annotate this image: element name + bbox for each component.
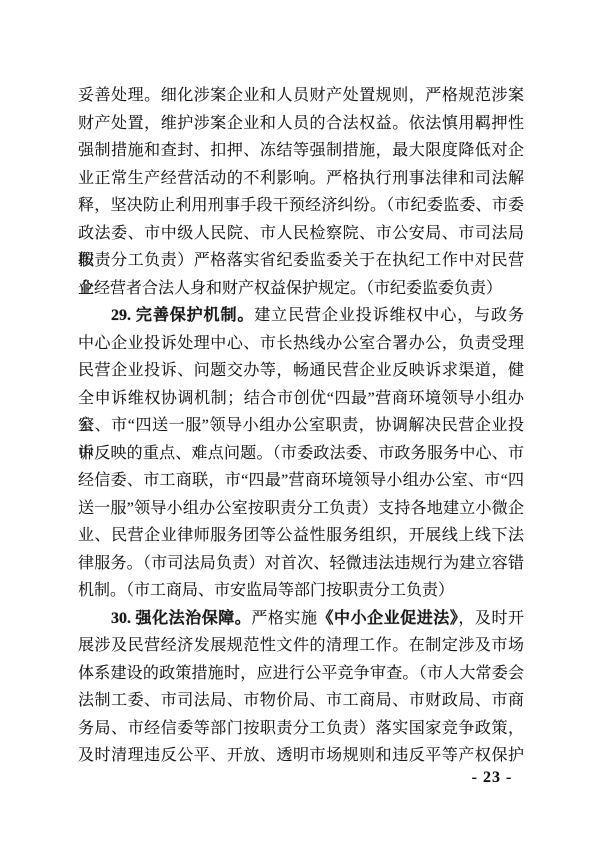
body-text: 强制措施和查封、扣押、冻结等强制措施，最大限度降低对企 <box>78 142 524 159</box>
text-line: 财产处置，维护涉案企业和人员的合法权益。依法慎用羁押性 <box>78 110 524 138</box>
body-text: 财产处置，维护涉案企业和人员的合法权益。依法慎用羁押性 <box>78 115 524 132</box>
text-line: 业、民营企业律师服务团等公益性服务组织，开展线上线下法 <box>78 522 524 550</box>
body-text: 建立民营企业投诉维权中心，与政务 <box>254 307 524 324</box>
document-body: 妥善处理。细化涉案企业和人员财产处置规则，严格规范涉案财产处置，维护涉案企业和人… <box>78 82 524 770</box>
body-text: 法制工委、市司法局、市物价局、市工商局、市财政局、市商 <box>78 692 524 709</box>
text-line: 业正常生产经营活动的不利影响。严格执行刑事法律和司法解 <box>78 165 524 193</box>
body-text: 体系建设的政策措施时，应进行公平竞争审查。（市人大常委会 <box>78 665 524 682</box>
bold-text: 29. 完善保护机制。 <box>111 307 254 324</box>
text-line: 政法委、市中级人民院、市人民检察院、市公安局、市司法局按 <box>78 220 524 248</box>
body-text: 机制。（市工商局、市安监局等部门按职责分工负责） <box>78 582 454 599</box>
bold-text: 《中小企业促进法》 <box>318 610 459 627</box>
body-text: 中心企业投诉处理中心、市长热线办公室合署办公，负责受理 <box>78 335 524 352</box>
text-line: 及时清理违反公平、开放、透明市场规则和违反平等产权保护 <box>78 742 524 770</box>
text-line: 体系建设的政策措施时，应进行公平竞争审查。（市人大常委会 <box>78 660 524 688</box>
body-text: 展涉及民营经济发展规范性文件的清理工作。在制定涉及市场 <box>78 637 524 654</box>
text-line: 中反映的重点、难点问题。（市委政法委、市政务服务中心、市 <box>78 440 524 468</box>
text-line: 中心企业投诉处理中心、市长热线办公室合署办公，负责受理 <box>78 330 524 358</box>
body-text: ，及时开 <box>458 610 524 627</box>
text-line: 民营企业投诉、问题交办等，畅通民营企业反映诉求渠道，健 <box>78 357 524 385</box>
body-text: 经信委、市工商联，市“四最”营商环境领导小组办公室、市“四 <box>78 472 524 489</box>
body-text: 业正常生产经营活动的不利影响。严格执行刑事法律和司法解 <box>78 170 524 187</box>
body-text: 业经营者合法人身和财产权益保护规定。（市纪委监委负责） <box>78 280 502 297</box>
body-text: 及时清理违反公平、开放、透明市场规则和违反平等产权保护 <box>78 747 524 764</box>
body-text: 送一服”领导小组办公室按职责分工负责）支持各地建立小微企 <box>78 500 524 517</box>
body-text: 民营企业投诉、问题交办等，畅通民营企业反映诉求渠道，健 <box>78 362 524 379</box>
page-number: - 23 - <box>462 768 522 788</box>
document-page: 妥善处理。细化涉案企业和人员财产处置规则，严格规范涉案财产处置，维护涉案企业和人… <box>0 0 600 847</box>
body-text: 严格实施 <box>251 610 317 627</box>
body-text: 妥善处理。细化涉案企业和人员财产处置规则，严格规范涉案 <box>78 87 524 104</box>
body-text: 中反映的重点、难点问题。（市委政法委、市政务服务中心、市 <box>78 445 524 462</box>
text-line: 业经营者合法人身和财产权益保护规定。（市纪委监委负责） <box>78 275 524 303</box>
text-line: 职责分工负责）严格落实省纪委监委关于在执纪工作中对民营企 <box>78 247 524 275</box>
body-text: 释，坚决防止利用刑事手段干预经济纠纷。（市纪委监委、市委 <box>78 197 524 214</box>
text-line: 29. 完善保护机制。建立民营企业投诉维权中心，与政务 <box>78 302 524 330</box>
body-text: 律服务。（市司法局负责）对首次、轻微违法违规行为建立容错 <box>78 555 524 572</box>
text-line: 律服务。（市司法局负责）对首次、轻微违法违规行为建立容错 <box>78 550 524 578</box>
text-line: 经信委、市工商联，市“四最”营商环境领导小组办公室、市“四 <box>78 467 524 495</box>
text-line: 释，坚决防止利用刑事手段干预经济纠纷。（市纪委监委、市委 <box>78 192 524 220</box>
text-line: 展涉及民营经济发展规范性文件的清理工作。在制定涉及市场 <box>78 632 524 660</box>
text-line: 强制措施和查封、扣押、冻结等强制措施，最大限度降低对企 <box>78 137 524 165</box>
text-line: 30. 强化法治保障。严格实施《中小企业促进法》，及时开 <box>78 605 524 633</box>
text-line: 全申诉维权协调机制；结合市创优“四最”营商环境领导小组办公 <box>78 385 524 413</box>
body-text: 务局、市经信委等部门按职责分工负责）落实国家竞争政策， <box>78 720 524 737</box>
bold-text: 30. 强化法治保障。 <box>111 610 251 627</box>
text-line: 法制工委、市司法局、市物价局、市工商局、市财政局、市商 <box>78 687 524 715</box>
text-line: 室、市“四送一服”领导小组办公室职责，协调解决民营企业投诉 <box>78 412 524 440</box>
text-line: 机制。（市工商局、市安监局等部门按职责分工负责） <box>78 577 524 605</box>
text-line: 务局、市经信委等部门按职责分工负责）落实国家竞争政策， <box>78 715 524 743</box>
text-line: 送一服”领导小组办公室按职责分工负责）支持各地建立小微企 <box>78 495 524 523</box>
body-text: 业、民营企业律师服务团等公益性服务组织，开展线上线下法 <box>78 527 524 544</box>
text-line: 妥善处理。细化涉案企业和人员财产处置规则，严格规范涉案 <box>78 82 524 110</box>
